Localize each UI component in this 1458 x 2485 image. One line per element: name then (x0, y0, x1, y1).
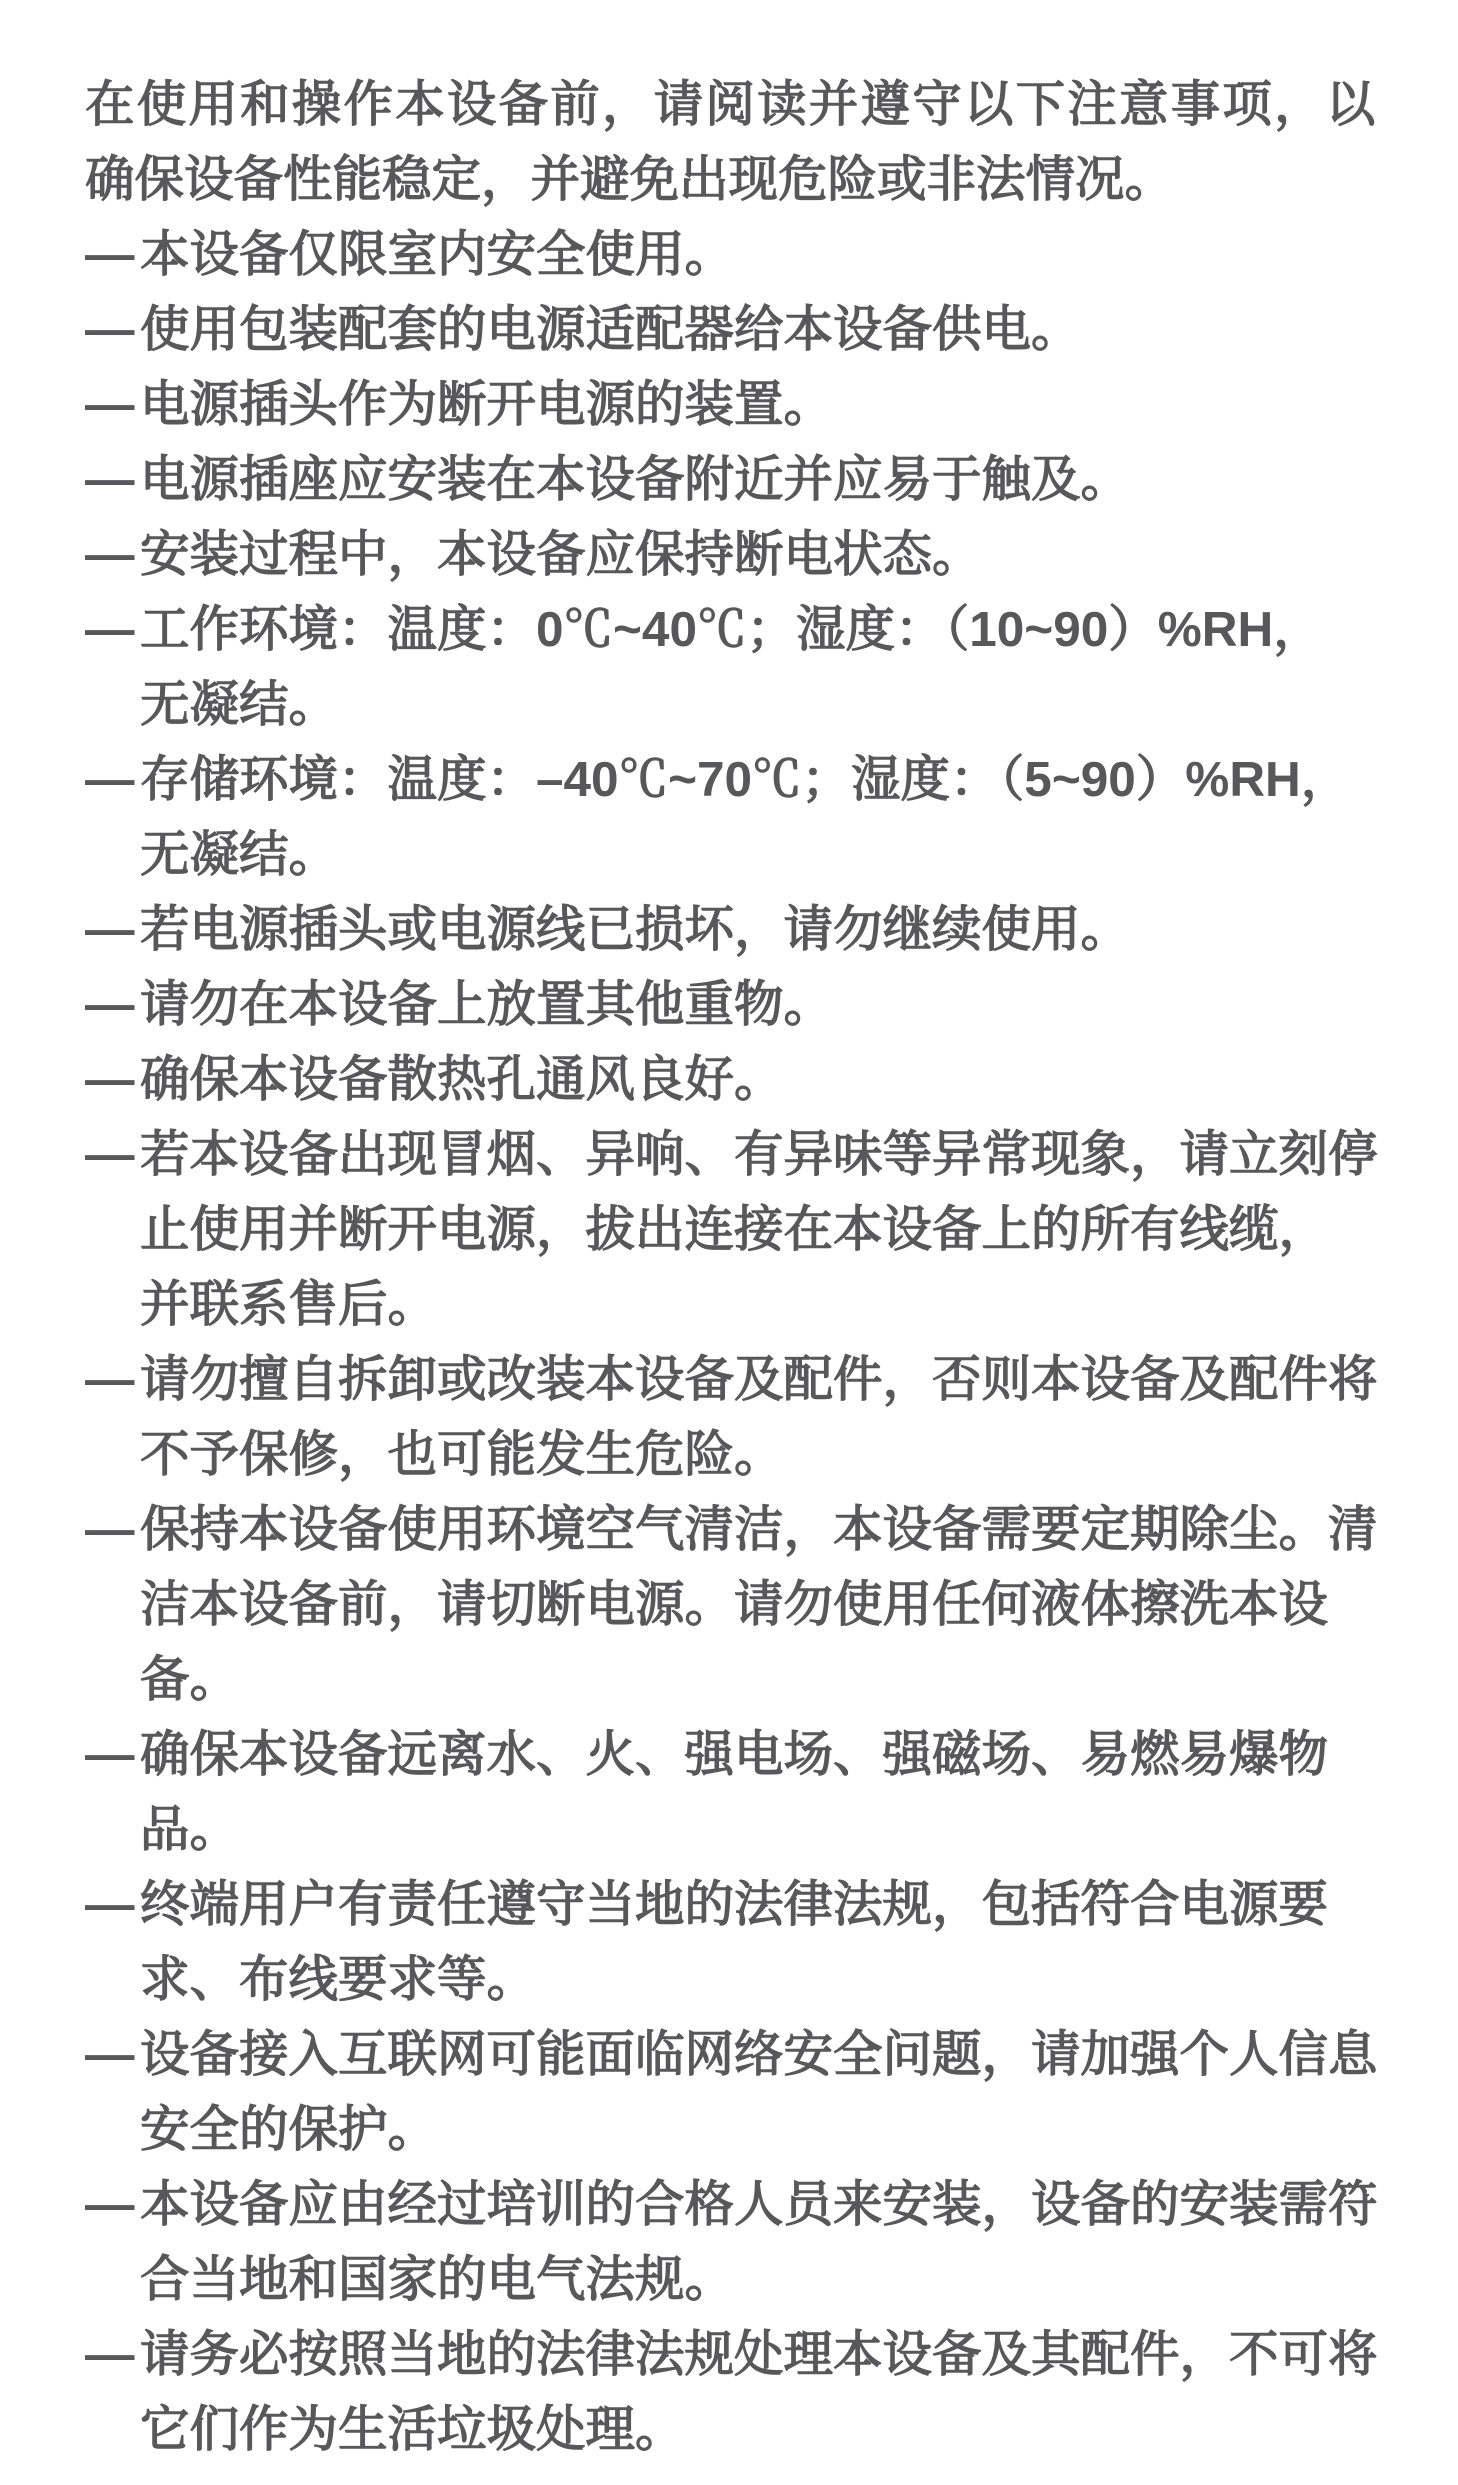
precaution-item: — 存储环境：温度：–40℃~70℃；湿度：（5~90）%RH， 无凝结。 (85, 742, 1418, 892)
precaution-item: — 保持本设备使用环境空气清洁，本设备需要定期除尘。清 洁本设备前，请切断电源。… (85, 1492, 1418, 1717)
precaution-item: — 本设备应由经过培训的合格人员来安装，设备的安装需符 合当地和国家的电气法规。 (85, 2167, 1418, 2317)
precaution-item: — 确保本设备远离水、火、强电场、强磁场、易燃易爆物 品。 (85, 1717, 1418, 1867)
precaution-text: 电源插头作为断开电源的装置。 (140, 367, 833, 442)
precaution-item: — 请勿在本设备上放置其他重物。 (85, 967, 1418, 1042)
precaution-text: 请务必按照当地的法律法规处理本设备及其配件，不可将 它们作为生活垃圾处理。 (140, 2317, 1378, 2467)
precaution-text: 本设备应由经过培训的合格人员来安装，设备的安装需符 合当地和国家的电气法规。 (140, 2167, 1378, 2317)
dash-bullet: — (85, 292, 140, 367)
dash-bullet: — (85, 2017, 140, 2092)
dash-bullet: — (85, 1342, 140, 1417)
dash-bullet: — (85, 2317, 140, 2392)
precaution-text: 保持本设备使用环境空气清洁，本设备需要定期除尘。清 洁本设备前，请切断电源。请勿… (140, 1492, 1378, 1717)
dash-bullet: — (85, 892, 140, 967)
precaution-text: 使用包装配套的电源适配器给本设备供电。 (140, 292, 1081, 367)
dash-bullet: — (85, 2167, 140, 2242)
dash-bullet: — (85, 367, 140, 442)
dash-bullet: — (85, 442, 140, 517)
precaution-text: 工作环境：温度：0℃~40℃；湿度：（10~90）%RH， 无凝结。 (140, 592, 1323, 742)
precaution-text: 终端用户有责任遵守当地的法律法规，包括符合电源要 求、布线要求等。 (140, 1867, 1328, 2017)
dash-bullet: — (85, 742, 140, 817)
precaution-item: — 请务必按照当地的法律法规处理本设备及其配件，不可将 它们作为生活垃圾处理。 (85, 2317, 1418, 2467)
dash-bullet: — (85, 967, 140, 1042)
precaution-item: — 工作环境：温度：0℃~40℃；湿度：（10~90）%RH， 无凝结。 (85, 592, 1418, 742)
precaution-text: 请勿擅自拆卸或改装本设备及配件，否则本设备及配件将 不予保修，也可能发生危险。 (140, 1342, 1378, 1492)
dash-bullet: — (85, 1042, 140, 1117)
precaution-item: — 电源插座应安装在本设备附近并应易于触及。 (85, 442, 1418, 517)
precaution-text: 电源插座应安装在本设备附近并应易于触及。 (140, 442, 1130, 517)
intro-line: 确保设备性能稳定，并避免出现危险或非法情况。 (85, 142, 1418, 217)
precaution-text: 请勿在本设备上放置其他重物。 (140, 967, 833, 1042)
precaution-text: 本设备仅限室内安全使用。 (140, 217, 734, 292)
precaution-item: — 本设备仅限室内安全使用。 (85, 217, 1418, 292)
precaution-item: — 电源插头作为断开电源的装置。 (85, 367, 1418, 442)
precaution-item: — 请勿擅自拆卸或改装本设备及配件，否则本设备及配件将 不予保修，也可能发生危险… (85, 1342, 1418, 1492)
precaution-list: — 本设备仅限室内安全使用。 — 使用包装配套的电源适配器给本设备供电。 — 电… (85, 217, 1418, 2467)
precaution-item: — 终端用户有责任遵守当地的法律法规，包括符合电源要 求、布线要求等。 (85, 1867, 1418, 2017)
precaution-text: 确保本设备散热孔通风良好。 (140, 1042, 784, 1117)
dash-bullet: — (85, 592, 140, 667)
dash-bullet: — (85, 217, 140, 292)
precaution-text: 若电源插头或电源线已损坏，请勿继续使用。 (140, 892, 1130, 967)
precaution-item: — 若电源插头或电源线已损坏，请勿继续使用。 (85, 892, 1418, 967)
precaution-text: 若本设备出现冒烟、异响、有异味等异常现象，请立刻停 止使用并断开电源，拔出连接在… (140, 1117, 1378, 1342)
dash-bullet: — (85, 517, 140, 592)
precaution-item: — 使用包装配套的电源适配器给本设备供电。 (85, 292, 1418, 367)
precaution-item: — 确保本设备散热孔通风良好。 (85, 1042, 1418, 1117)
precaution-text: 确保本设备远离水、火、强电场、强磁场、易燃易爆物 品。 (140, 1717, 1328, 1867)
dash-bullet: — (85, 1717, 140, 1792)
precaution-text: 安装过程中，本设备应保持断电状态。 (140, 517, 982, 592)
precaution-text: 存储环境：温度：–40℃~70℃；湿度：（5~90）%RH， 无凝结。 (140, 742, 1350, 892)
intro-paragraph: 在使用和操作本设备前，请阅读并遵守以下注意事项，以 确保设备性能稳定，并避免出现… (85, 67, 1418, 217)
safety-notice-page: 在使用和操作本设备前，请阅读并遵守以下注意事项，以 确保设备性能稳定，并避免出现… (0, 0, 1458, 2485)
dash-bullet: — (85, 1492, 140, 1567)
dash-bullet: — (85, 1867, 140, 1942)
precaution-text: 设备接入互联网可能面临网络安全问题，请加强个人信息 安全的保护。 (140, 2017, 1378, 2167)
precaution-item: — 设备接入互联网可能面临网络安全问题，请加强个人信息 安全的保护。 (85, 2017, 1418, 2167)
intro-line: 在使用和操作本设备前，请阅读并遵守以下注意事项，以 (85, 67, 1418, 142)
precaution-item: — 安装过程中，本设备应保持断电状态。 (85, 517, 1418, 592)
dash-bullet: — (85, 1117, 140, 1192)
precaution-item: — 若本设备出现冒烟、异响、有异味等异常现象，请立刻停 止使用并断开电源，拔出连… (85, 1117, 1418, 1342)
